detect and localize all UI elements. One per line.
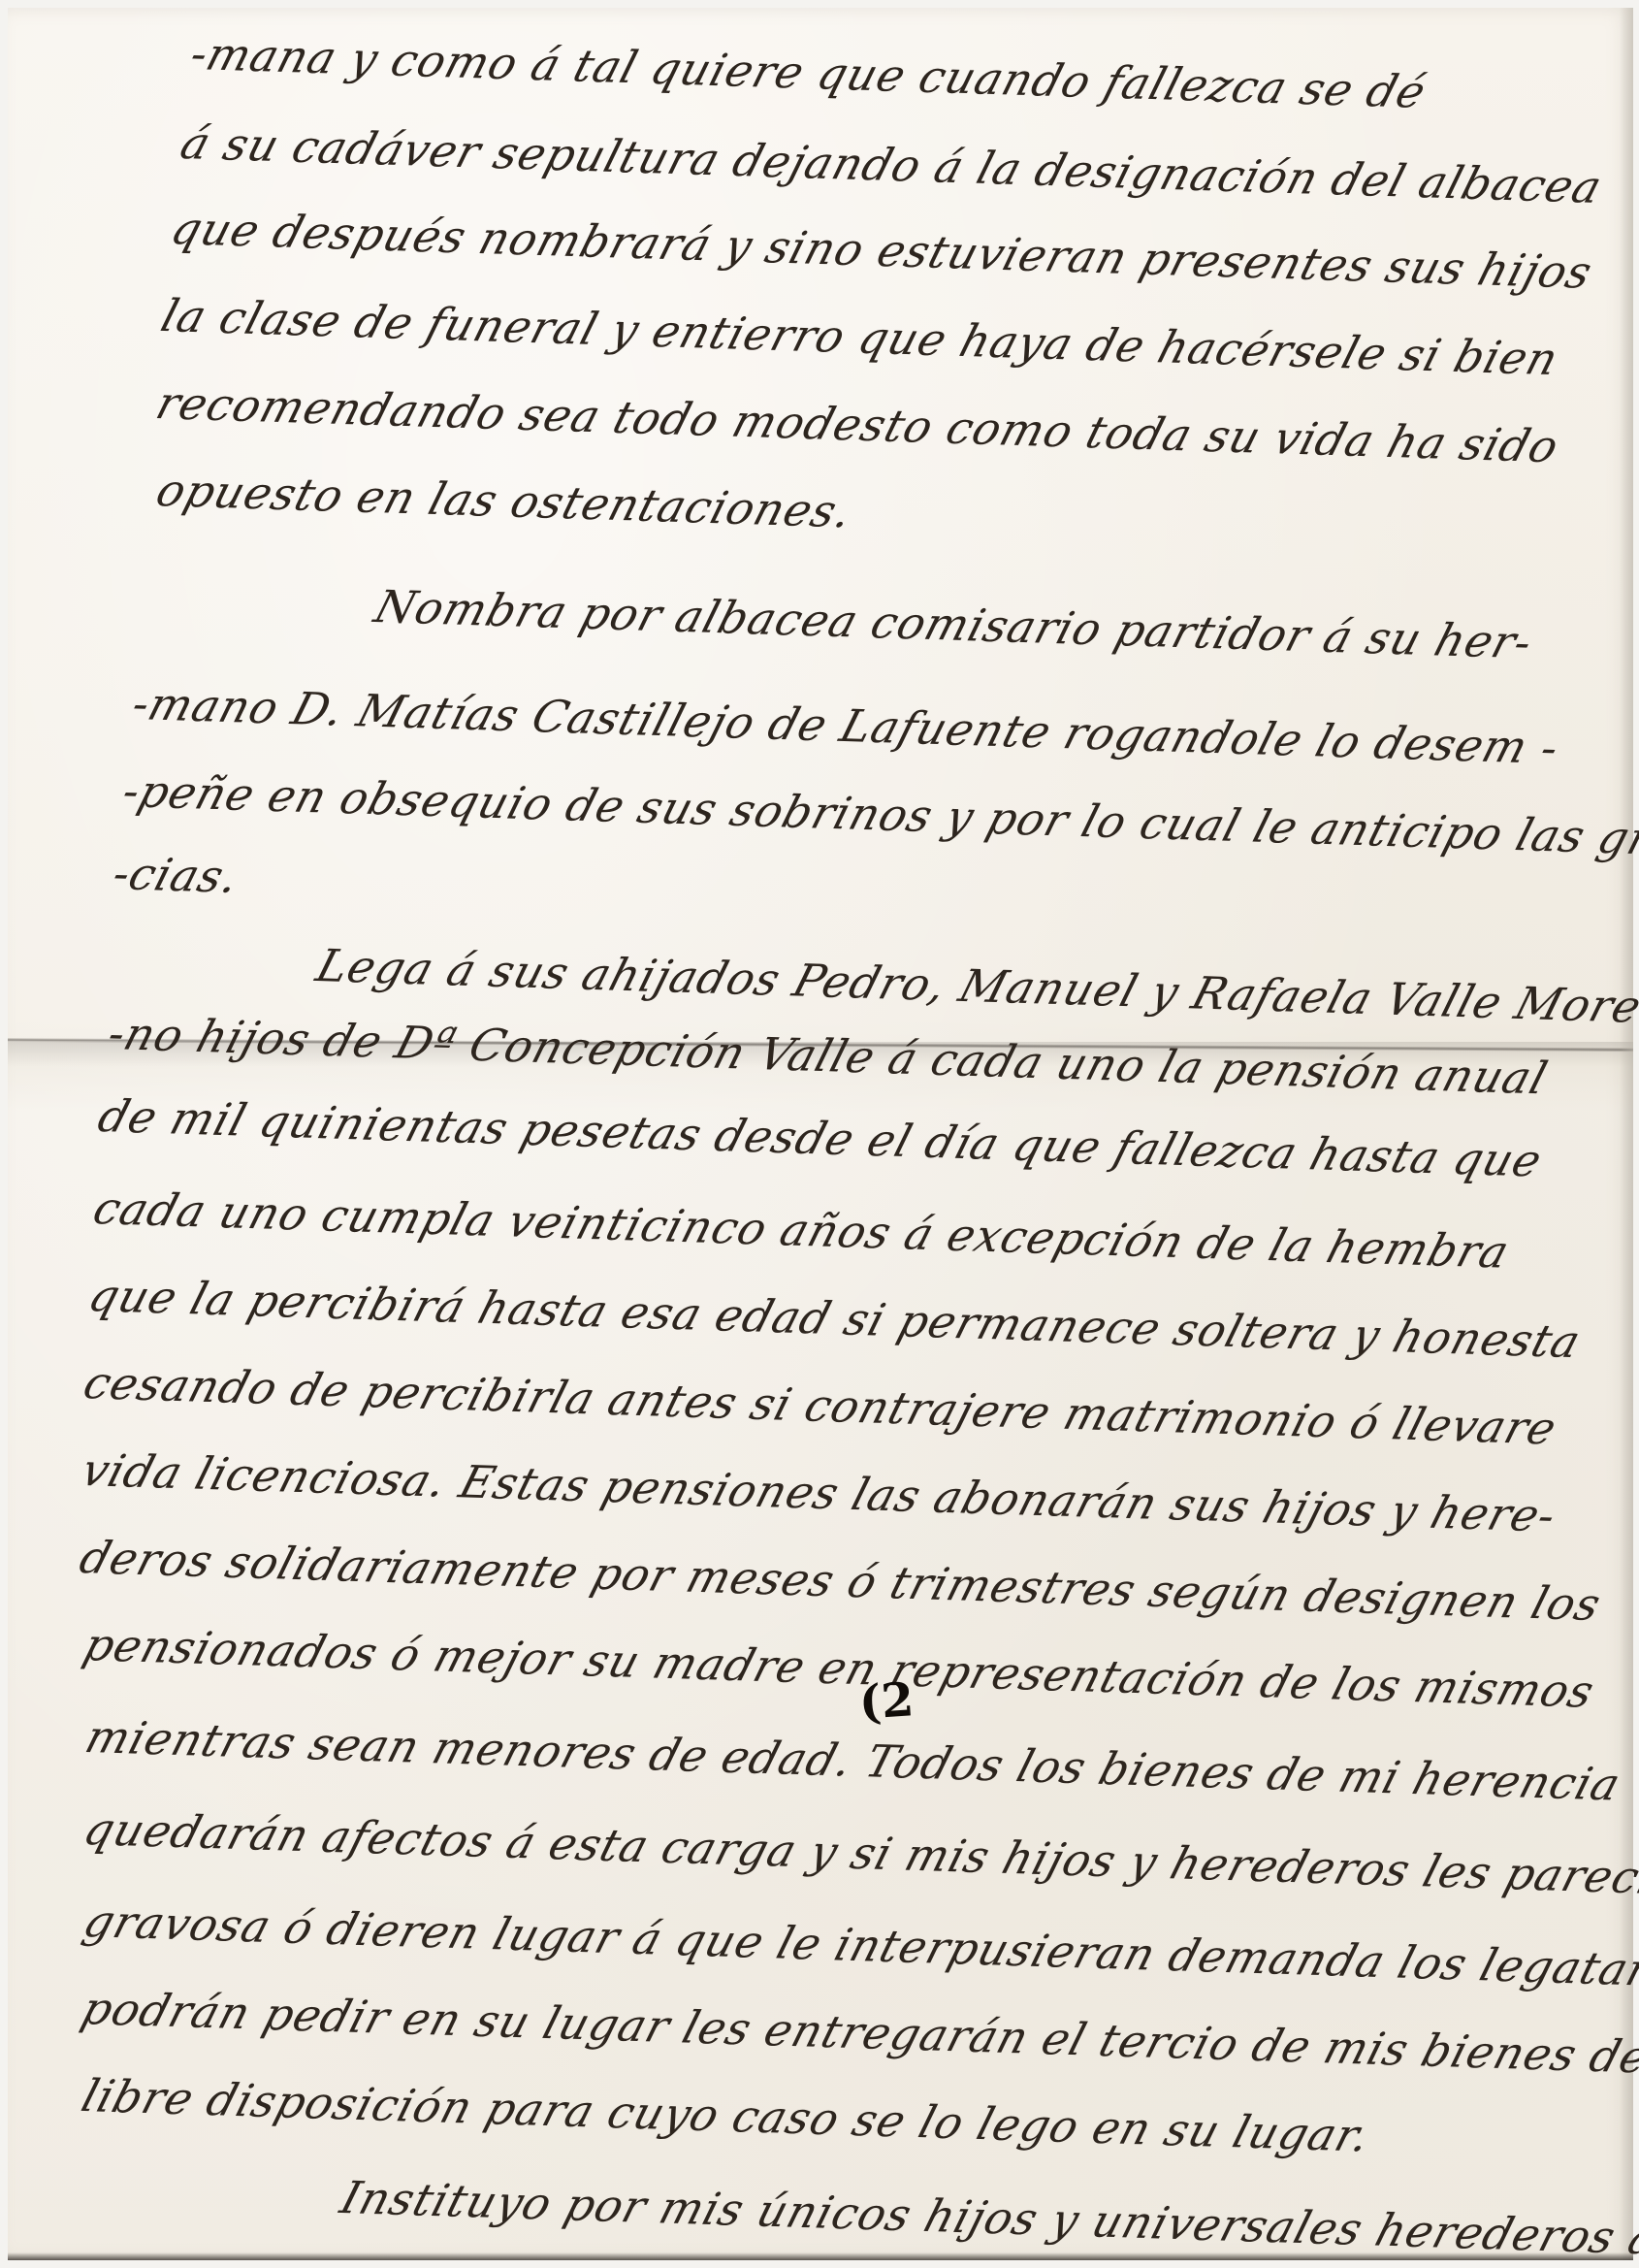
text-line: que después nombrará y sino estuvieran p… <box>165 202 1598 299</box>
text-line: quedarán afectos á esta carga y si mis h… <box>78 1802 1639 1906</box>
text-line: podrán pedir en su lugar les entregarán … <box>76 1982 1639 2083</box>
text-line: mientras sean menores de edad. Todos los… <box>80 1710 1626 1810</box>
text-line: Instituyo por mis únicos hijos y univers… <box>335 2171 1639 2267</box>
text-line: Nombra por albacea comisario partidor á … <box>369 580 1538 668</box>
text-line: -mana y como á tal quiere que cuando fal… <box>184 27 1431 117</box>
text-line: recomendando sea todo modesto como toda … <box>150 376 1564 472</box>
text-line: deros solidariamente por meses ó trimest… <box>74 1531 1607 1631</box>
handwritten-text: -mana y como á tal quiere que cuando fal… <box>8 8 1633 2260</box>
text-line: libre disposición para cuyo caso se lo l… <box>76 2069 1376 2161</box>
text-line: pensionados ó mejor su madre en represen… <box>78 1618 1600 1717</box>
text-line: que la percibirá hasta esa edad si perma… <box>82 1269 1587 1368</box>
text-line: á su cadáver sepultura dejando á la desi… <box>175 116 1608 213</box>
text-line: opuesto en las ostentaciones. <box>150 464 858 537</box>
text-line: cesando de percibirla antes si contrajer… <box>78 1356 1562 1454</box>
text-line: la clase de funeral y entierro que haya … <box>155 289 1564 385</box>
text-line: cada uno cumpla veinticinco años á excep… <box>87 1182 1515 1278</box>
text-line: gravosa ó dieren lugar á que le interpus… <box>78 1895 1639 1997</box>
margin-reference-mark: (2 <box>857 1672 916 1731</box>
text-line: -peñe en obsequio de sus sobrinos y por … <box>116 764 1639 865</box>
text-line: -mano D. Matías Castillejo de Lafuente r… <box>126 677 1565 774</box>
manuscript-page: -mana y como á tal quiere que cuando fal… <box>8 8 1633 2260</box>
text-line: vida licenciosa. Estas pensiones las abo… <box>76 1443 1562 1541</box>
text-line: -cias. <box>107 847 245 903</box>
text-line: de mil quinientas pesetas desde el día q… <box>92 1089 1548 1186</box>
